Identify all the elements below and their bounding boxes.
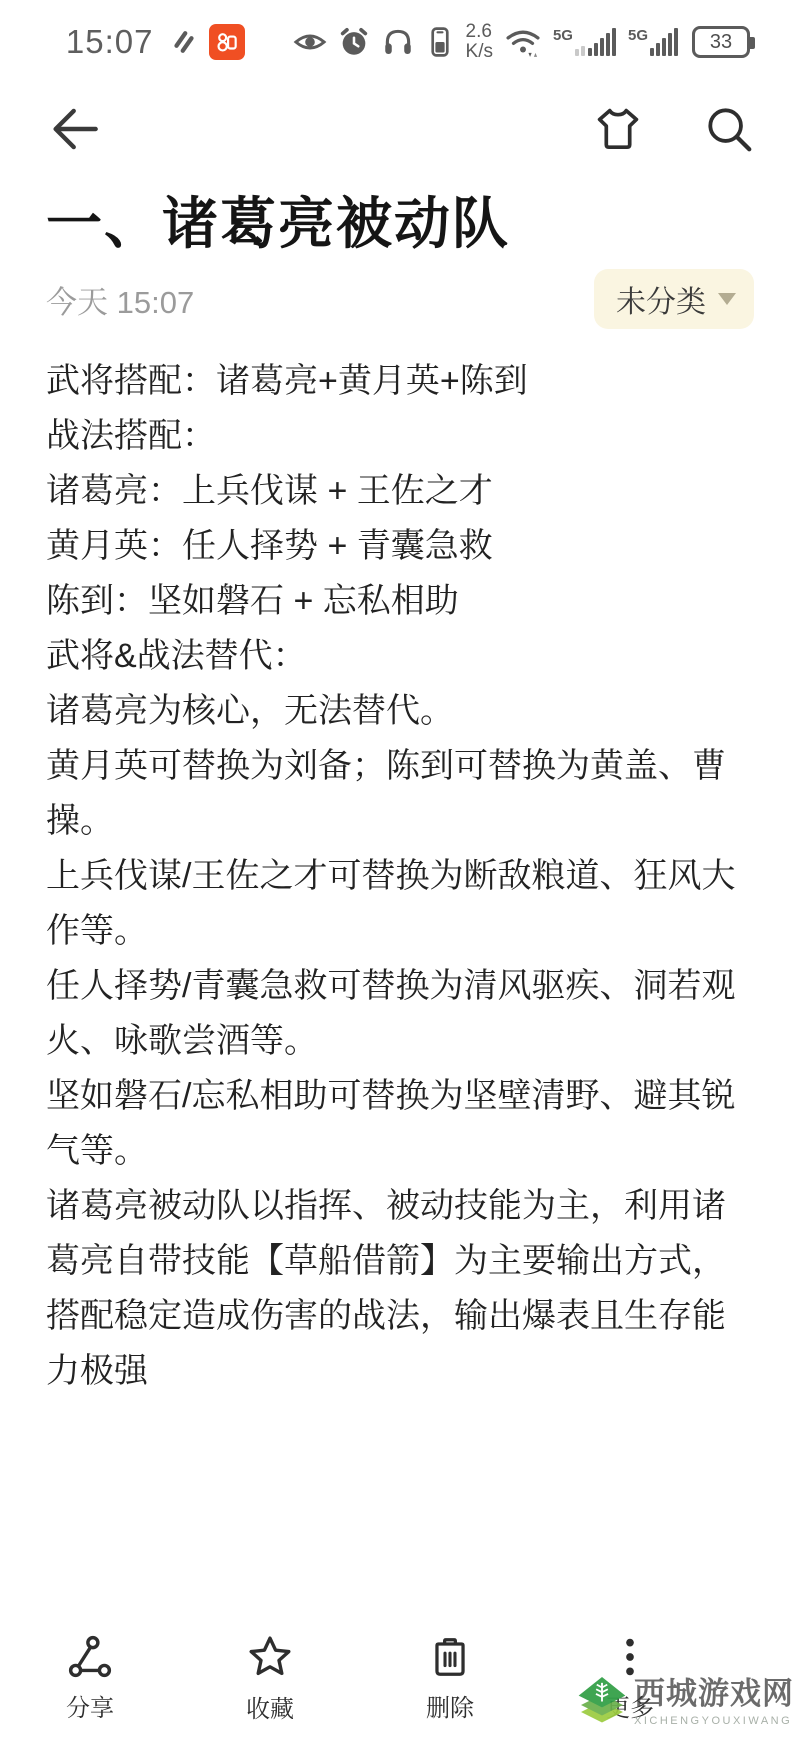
note-paragraph: 上兵伐谋/王佐之才可替换为断敌粮道、狂风大作等。 (46, 849, 746, 959)
note-paragraph: 武将搭配：诸葛亮+黄月英+陈到 (46, 354, 746, 409)
net-speed-unit: K/s (466, 42, 493, 62)
wifi-icon (504, 25, 542, 59)
note-paragraph: 陈到：坚如磐石 + 忘私相助 (46, 574, 746, 629)
note-date: 今天 15:07 (46, 277, 194, 322)
note-paragraph: 坚如磐石/忘私相助可替换为坚壁清野、避其锐气等。 (46, 1069, 746, 1179)
delete-label: 删除 (426, 1688, 474, 1723)
site-watermark: 西城游戏网 XICHENGYOUXIWANG (574, 1668, 794, 1727)
note-meta-row: 今天 15:07 未分类 (46, 274, 754, 324)
network-speed-lines-icon (169, 27, 199, 57)
note-paragraph: 诸葛亮：上兵伐谋 + 王佐之才 (46, 464, 746, 519)
note-paragraph: 武将&战法替代： (46, 629, 746, 684)
headphones-icon (381, 25, 415, 59)
theme-skin-icon[interactable] (592, 103, 644, 155)
note-paragraph: 任人择势/青囊急救可替换为清风驱疾、洞若观火、咏歌尝酒等。 (46, 959, 746, 1069)
note-paragraph: 黄月英：任人择势 + 青囊急救 (46, 519, 746, 574)
note-title: 一、诸葛亮被动队 (46, 186, 754, 262)
nav-bar (0, 96, 800, 162)
note-paragraph: 黄月英可替换为刘备；陈到可替换为黄盖、曹操。 (46, 739, 746, 849)
category-dropdown[interactable]: 未分类 (594, 269, 754, 329)
kuaishou-app-icon (209, 24, 245, 60)
alarm-icon (337, 25, 371, 59)
star-icon (246, 1633, 294, 1681)
note-content[interactable]: 武将搭配：诸葛亮+黄月英+陈到 战法搭配： 诸葛亮：上兵伐谋 + 王佐之才 黄月… (46, 354, 746, 1399)
back-button[interactable] (44, 98, 106, 160)
signal-5g-sim1-icon: 5G (553, 28, 616, 56)
delete-button[interactable]: 删除 (360, 1619, 540, 1737)
network-type-label-2: 5G (628, 27, 648, 44)
watermark-subtitle: XICHENGYOUXIWANG (634, 1715, 794, 1727)
search-icon[interactable] (702, 102, 756, 156)
net-speed-value: 2.6 (466, 22, 493, 42)
clock-time: 15:07 (66, 23, 154, 61)
notes-app-screen: 15:07 (0, 0, 800, 1737)
network-type-label-1: 5G (553, 27, 573, 44)
note-paragraph: 诸葛亮为核心，无法替代。 (46, 684, 746, 739)
battery-percent: 33 (710, 31, 732, 54)
share-label: 分享 (66, 1688, 114, 1723)
watermark-name: 西城游戏网 (634, 1668, 794, 1713)
trash-icon (427, 1634, 473, 1680)
share-button[interactable]: 分享 (0, 1619, 180, 1737)
eye-comfort-icon (293, 25, 327, 59)
network-speed-readout: 2.6 K/s (466, 22, 493, 62)
chevron-down-icon (718, 293, 736, 305)
favorite-button[interactable]: 收藏 (180, 1619, 360, 1737)
note-paragraph: 诸葛亮被动队以指挥、被动技能为主，利用诸葛亮自带技能【草船借箭】为主要输出方式，… (46, 1179, 746, 1399)
phone-battery-icon (425, 25, 455, 59)
watermark-logo-icon (574, 1670, 630, 1726)
status-bar: 15:07 (0, 0, 800, 62)
share-icon (67, 1634, 113, 1680)
favorite-label: 收藏 (246, 1689, 294, 1724)
signal-5g-sim2-icon: 5G (628, 28, 678, 56)
category-label: 未分类 (616, 277, 706, 321)
note-paragraph: 战法搭配： (46, 409, 746, 464)
battery-icon: 33 (692, 26, 750, 58)
